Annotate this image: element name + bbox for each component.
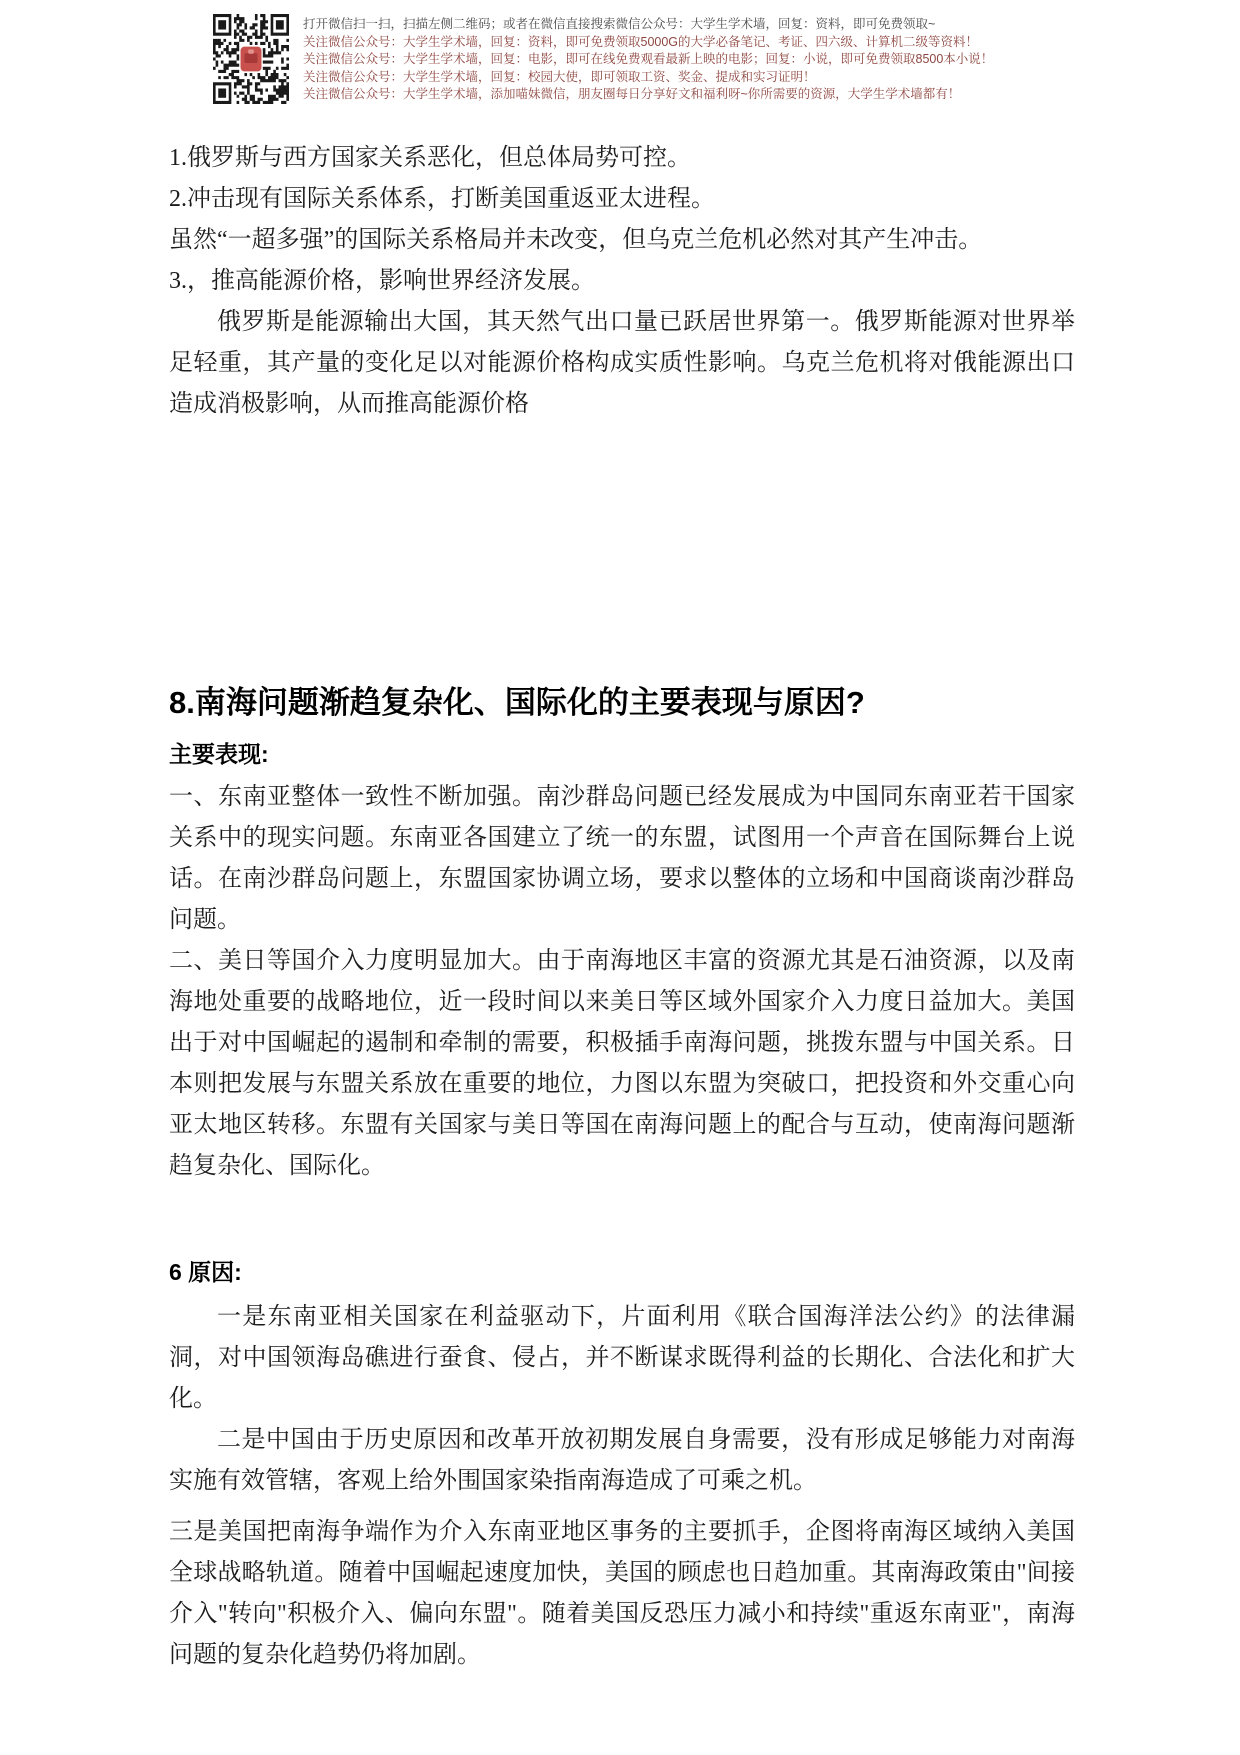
question-8-section: 8.南海问题渐趋复杂化、国际化的主要表现与原因? 主要表现: 一、东南亚整体一致… (169, 683, 1075, 1676)
manifestation-paragraph-1: 一、东南亚整体一致性不断加强。南沙群岛问题已经发展成为中国同东南亚若干国家关系中… (169, 777, 1075, 941)
wechat-qr-code-icon (213, 14, 289, 104)
manifestations-subheading: 主要表现: (169, 739, 1075, 769)
answer-point-1: 1.俄罗斯与西方国家关系恶化，但总体局势可控。 (169, 138, 1075, 179)
answer-block: 1.俄罗斯与西方国家关系恶化，但总体局势可控。 2.冲击现有国际关系体系，打断美… (169, 138, 1075, 425)
answer-note: 虽然“一超多强”的国际关系格局并未改变，但乌克兰危机必然对其产生冲击。 (169, 220, 1075, 261)
promo-lines: 打开微信扫一扫，扫描左侧二维码；或者在微信直接搜索微信公众号：大学生学术墙，回复… (303, 14, 993, 104)
promo-line-2: 关注微信公众号：大学生学术墙，回复：资料，即可免费领取5000G的大学必备笔记、… (303, 34, 993, 52)
promo-line-5: 关注微信公众号：大学生学术墙，添加喵妹微信，朋友圈每日分享好文和福利呀~你所需要… (303, 86, 993, 104)
answer-point-2: 2.冲击现有国际关系体系，打断美国重返亚太进程。 (169, 179, 1075, 220)
promo-line-3: 关注微信公众号：大学生学术墙，回复：电影，即可在线免费观看最新上映的电影；回复：… (303, 51, 993, 69)
wechat-promo-header: 打开微信扫一扫，扫描左侧二维码；或者在微信直接搜索微信公众号：大学生学术墙，回复… (213, 14, 993, 104)
energy-paragraph: 俄罗斯是能源输出大国，其天然气出口量已跃居世界第一。俄罗斯能源对世界举足轻重，其… (169, 302, 1075, 425)
document-page: 打开微信扫一扫，扫描左侧二维码；或者在微信直接搜索微信公众号：大学生学术墙，回复… (0, 0, 1240, 1755)
reason-paragraph-1: 一是东南亚相关国家在利益驱动下，片面利用《联合国海洋法公约》的法律漏洞，对中国领… (169, 1297, 1075, 1420)
reason-paragraph-3: 三是美国把南海争端作为介入东南亚地区事务的主要抓手，企图将南海区域纳入美国全球战… (169, 1512, 1075, 1676)
question-8-heading: 8.南海问题渐趋复杂化、国际化的主要表现与原因? (169, 683, 1075, 723)
reasons-subheading: 6 原因: (169, 1257, 1075, 1287)
qr-center-logo-icon (241, 47, 262, 72)
promo-line-4: 关注微信公众号：大学生学术墙，回复：校园大使，即可领取工资、奖金、提成和实习证明… (303, 69, 993, 87)
answer-point-3: 3.，推高能源价格，影响世界经济发展。 (169, 261, 1075, 302)
manifestation-paragraph-2: 二、美日等国介入力度明显加大。由于南海地区丰富的资源尤其是石油资源，以及南海地处… (169, 941, 1075, 1187)
reason-paragraph-2: 二是中国由于历史原因和改革开放初期发展自身需要，没有形成足够能力对南海实施有效管… (169, 1420, 1075, 1502)
promo-line-1: 打开微信扫一扫，扫描左侧二维码；或者在微信直接搜索微信公众号：大学生学术墙，回复… (303, 16, 993, 34)
